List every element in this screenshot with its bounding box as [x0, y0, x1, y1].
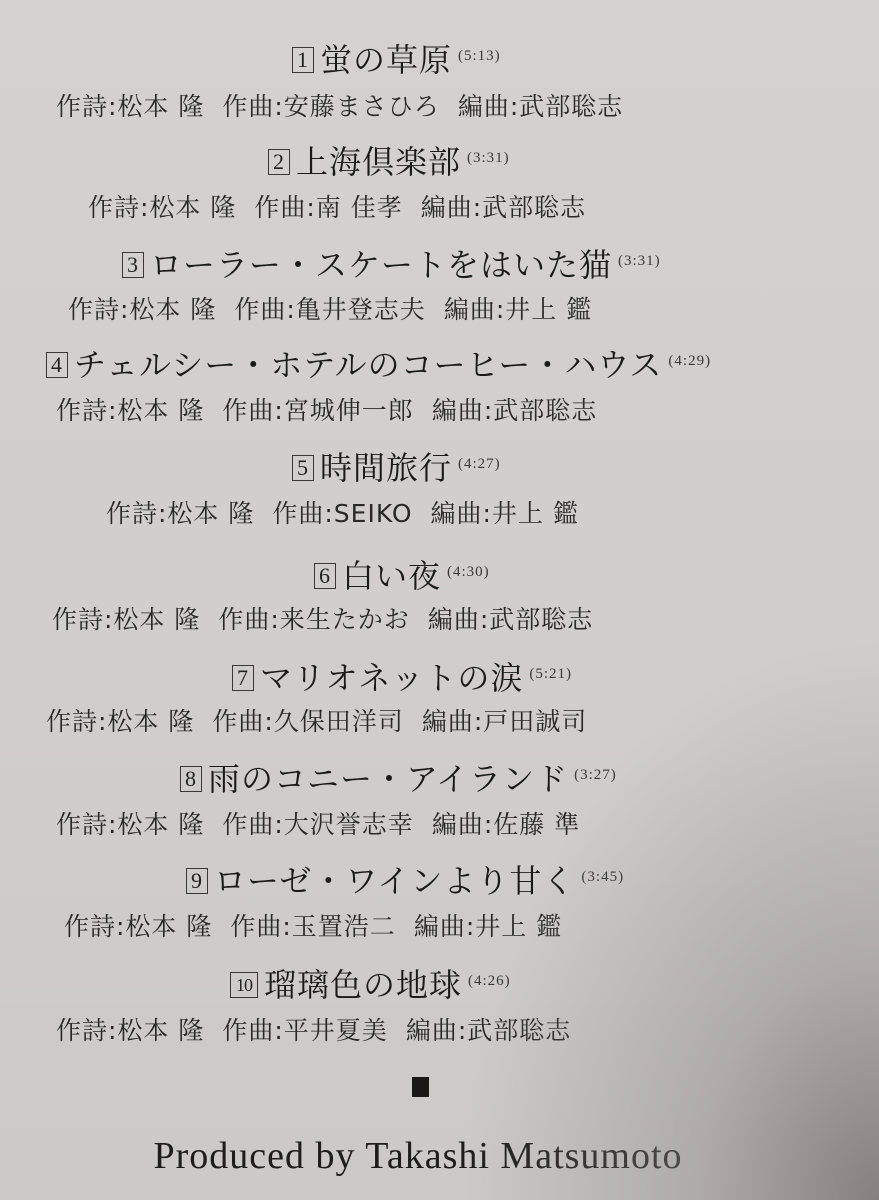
- track-credits: 作詩:松本 隆作曲:南 佳孝編曲:武部聡志: [88, 192, 586, 224]
- producer-credit: Produced by Takashi Matsumoto: [0, 1134, 836, 1178]
- arranger: 編曲:武部聡志: [421, 193, 586, 222]
- track-duration: (4:30): [447, 552, 490, 592]
- track-credits: 作詩:松本 隆作曲:宮城伸一郎編曲:武部聡志: [56, 395, 597, 427]
- track-number-box: 1: [292, 47, 314, 73]
- track-number-box: 10: [230, 972, 258, 998]
- track-credits: 作詩:松本 隆作曲:大沢誉志幸編曲:佐藤 準: [56, 809, 580, 841]
- composer: 作曲:亀井登志夫: [234, 295, 425, 324]
- track-number-box: 8: [180, 766, 202, 792]
- track-credits: 作詩:松本 隆作曲:久保田洋司編曲:戸田誠司: [46, 706, 587, 738]
- track-duration: (3:27): [574, 755, 617, 795]
- composer: 作曲:宮城伸一郎: [222, 396, 413, 425]
- lyricist: 作詩:松本 隆: [88, 193, 236, 222]
- track-title: 上海倶楽部: [296, 142, 461, 182]
- track-title: チェルシー・ホテルのコーヒー・ハウス: [74, 345, 662, 385]
- track-number-box: 2: [268, 149, 290, 175]
- arranger: 編曲:武部聡志: [458, 92, 623, 121]
- track-title-line: 7 マリオネットの涙 (5:21): [232, 658, 572, 698]
- arranger: 編曲:武部聡志: [406, 1016, 571, 1045]
- arranger: 編曲:井上 鑑: [414, 912, 562, 941]
- track-credits: 作詩:松本 隆作曲:玉置浩二編曲:井上 鑑: [64, 911, 562, 943]
- track-title: マリオネットの涙: [260, 658, 523, 698]
- divider-square-icon: [412, 1077, 429, 1097]
- lyricist: 作詩:松本 隆: [56, 810, 204, 839]
- track-title-line: 5 時間旅行 (4:27): [292, 448, 501, 488]
- track-duration: (5:13): [458, 36, 501, 76]
- composer: 作曲:南 佳孝: [254, 193, 402, 222]
- arranger: 編曲:戸田誠司: [422, 707, 587, 736]
- lyricist: 作詩:松本 隆: [56, 92, 204, 121]
- track-title-line: 6 白い夜 (4:30): [314, 556, 490, 596]
- track-title-line: 1 蛍の草原 (5:13): [292, 40, 501, 80]
- track-number-box: 9: [186, 868, 208, 894]
- lyricist: 作詩:松本 隆: [52, 605, 200, 634]
- track-number-box: 6: [314, 563, 336, 589]
- track-title: ローゼ・ワインより甘く: [214, 861, 575, 901]
- lyricist: 作詩:松本 隆: [64, 912, 212, 941]
- arranger: 編曲:武部聡志: [428, 605, 593, 634]
- composer: 作曲:平井夏美: [222, 1016, 387, 1045]
- track-credits: 作詩:松本 隆作曲:来生たかお編曲:武部聡志: [52, 604, 593, 636]
- track-duration: (5:21): [529, 654, 572, 694]
- composer: 作曲:安藤まさひろ: [222, 92, 439, 121]
- track-title-line: 10 瑠璃色の地球 (4:26): [230, 965, 511, 1005]
- composer: 作曲:来生たかお: [218, 605, 409, 634]
- composer: 作曲:SEIKO: [272, 499, 412, 528]
- track-title-line: 3 ローラー・スケートをはいた猫 (3:31): [122, 245, 661, 285]
- arranger: 編曲:井上 鑑: [444, 295, 592, 324]
- arranger: 編曲:武部聡志: [432, 396, 597, 425]
- track-title-line: 8 雨のコニー・アイランド (3:27): [180, 759, 617, 799]
- arranger: 編曲:佐藤 準: [432, 810, 580, 839]
- track-title: 時間旅行: [320, 448, 452, 488]
- lyricist: 作詩:松本 隆: [56, 396, 204, 425]
- track-title-line: 9 ローゼ・ワインより甘く (3:45): [186, 861, 624, 901]
- arranger: 編曲:井上 鑑: [431, 499, 579, 528]
- track-credits: 作詩:松本 隆作曲:安藤まさひろ編曲:武部聡志: [56, 91, 623, 123]
- lyricist: 作詩:松本 隆: [46, 707, 194, 736]
- composer: 作曲:久保田洋司: [212, 707, 403, 736]
- track-title: 白い夜: [342, 556, 441, 596]
- track-duration: (4:27): [458, 444, 501, 484]
- lyricist: 作詩:松本 隆: [68, 295, 216, 324]
- track-duration: (3:31): [467, 138, 510, 178]
- composer: 作曲:大沢誉志幸: [222, 810, 413, 839]
- track-title: 雨のコニー・アイランド: [208, 759, 568, 799]
- track-number-box: 7: [232, 665, 254, 691]
- track-title: 瑠璃色の地球: [264, 965, 462, 1005]
- track-duration: (4:29): [668, 341, 711, 381]
- track-credits: 作詩:松本 隆作曲:亀井登志夫編曲:井上 鑑: [68, 294, 592, 326]
- track-duration: (3:31): [618, 241, 661, 281]
- track-duration: (3:45): [581, 857, 624, 897]
- track-title-line: 2 上海倶楽部 (3:31): [268, 142, 510, 182]
- track-number-box: 4: [46, 352, 68, 378]
- track-credits: 作詩:松本 隆作曲:平井夏美編曲:武部聡志: [56, 1015, 571, 1047]
- track-credits: 作詩:松本 隆作曲:SEIKO編曲:井上 鑑: [106, 498, 579, 530]
- track-title: ローラー・スケートをはいた猫: [150, 245, 612, 285]
- lyricist: 作詩:松本 隆: [106, 499, 254, 528]
- track-number-box: 3: [122, 252, 144, 278]
- track-duration: (4:26): [468, 961, 511, 1001]
- track-number-box: 5: [292, 455, 314, 481]
- track-title: 蛍の草原: [320, 40, 452, 80]
- composer: 作曲:玉置浩二: [230, 912, 395, 941]
- lyricist: 作詩:松本 隆: [56, 1016, 204, 1045]
- track-title-line: 4 チェルシー・ホテルのコーヒー・ハウス (4:29): [46, 345, 711, 385]
